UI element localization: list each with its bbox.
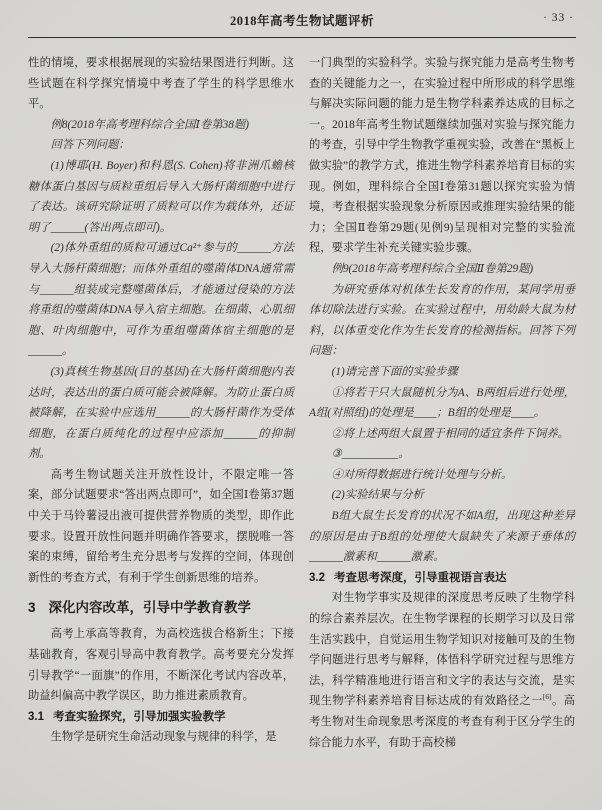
citation-ref-6: [6] <box>543 693 552 702</box>
example-8-question-1: (1)博耶(H. Boyer)和科恩(S. Cohen)将非洲爪蟾核糖体蛋白基因… <box>28 156 294 238</box>
subsection-number: 3.2 <box>309 572 325 584</box>
paragraph-depth-thinking: 对生物学事实及规律的深度思考反映了生物学科的综合素养层次。在生物学课程的长期学习… <box>309 588 575 753</box>
example-9-part-1: (1)请完善下面的实验步骤 <box>309 362 575 383</box>
section-title: 深化内容改革，引导中学教育教学 <box>49 600 252 615</box>
example-9-part-2: (2)实验结果与分析 <box>309 485 575 506</box>
section-heading-3: 3深化内容改革，引导中学教育教学 <box>28 598 294 617</box>
paragraph-gaokao-role: 高考上承高等教育，为高校选拔合格新生；下接基础教育，客观引导高中教育教学。高考要… <box>28 624 294 706</box>
subsection-number: 3.1 <box>28 711 44 723</box>
example-9-intro: 为研究垂体对机体生长发育的作用，某同学用垂体切除法进行实验。在实验过程中，用幼龄… <box>309 280 575 362</box>
example-9-step-3: ③__________。 <box>309 444 575 465</box>
paragraph-biology-science: 生物学是研究生命活动现象与规律的科学，是 <box>28 727 294 748</box>
subsection-heading-3-2: 3.2考查思考深度，引导重视语言表达 <box>309 568 575 589</box>
example-9-step-2: ②将上述两组大鼠置于相同的适宜条件下饲养。 <box>309 424 575 445</box>
journal-header-title: 2018年高考生物试题评析 <box>28 11 576 29</box>
example-9-step-1: ①将若干只大鼠随机分为A、B两组后进行处理，A组(对照组)的处理是____；B组… <box>309 383 575 424</box>
example-8-prompt: 回答下列问题： <box>28 135 294 156</box>
paragraph-continuation: 性的情境，要求根据展现的实验结果图进行判断。这些试题在科学探究情境中考查了学生的… <box>28 53 294 115</box>
example-8-question-2: (2)体外重组的质粒可通过Ca²⁺参与的______方法导入大肠杆菌细胞；而体外… <box>28 238 294 362</box>
example-8-title: 例8(2018年高考理科综合全国Ⅰ卷第38题) <box>28 115 294 136</box>
example-9-analysis: B组大鼠生长发育的状况不如A组，出现这种差异的原因是由于B组的处理使大鼠缺失了来… <box>309 506 575 568</box>
right-column: 一门典型的实验科学。实验与探究能力是高考生物考查的关键能力之一，在实验过程中所形… <box>309 53 575 753</box>
example-9-title: 例9(2018年高考理科综合全国Ⅱ卷第29题) <box>309 259 575 280</box>
subsection-title: 考查思考深度，引导重视语言表达 <box>334 572 507 584</box>
scanned-page: 2018年高考生物试题评析 · 33 · 性的情境，要求根据展现的实验结果图进行… <box>0 0 602 810</box>
text-before-citation: 对生物学事实及规律的深度思考反映了生物学科的综合素养层次。在生物学课程的长期学习… <box>309 592 575 707</box>
two-column-body: 性的情境，要求根据展现的实验结果图进行判断。这些试题在科学探究情境中考查了学生的… <box>28 53 576 753</box>
paragraph-open-design: 高考生物试题关注开放性设计，不限定唯一答案，部分试题要求“答出两点即可”，如全国… <box>28 465 294 589</box>
example-9-step-4: ④对所得数据进行统计处理与分析。 <box>309 465 575 486</box>
subsection-heading-3-1: 3.1考查实验探究，引导加强实验教学 <box>28 707 294 728</box>
page-header: 2018年高考生物试题评析 · 33 · <box>28 11 576 33</box>
section-number: 3 <box>28 600 36 615</box>
header-rule <box>28 37 576 38</box>
subsection-title: 考查实验探究，引导加强实验教学 <box>53 711 226 723</box>
page-number: · 33 · <box>543 12 574 24</box>
example-8-question-3: (3)真核生物基因(目的基因)在大肠杆菌细胞内表达时，表达出的蛋白质可能会被降解… <box>28 362 294 465</box>
paragraph-continuation: 一门典型的实验科学。实验与探究能力是高考生物考查的关键能力之一，在实验过程中所形… <box>309 53 575 259</box>
left-column: 性的情境，要求根据展现的实验结果图进行判断。这些试题在科学探究情境中考查了学生的… <box>28 53 294 753</box>
